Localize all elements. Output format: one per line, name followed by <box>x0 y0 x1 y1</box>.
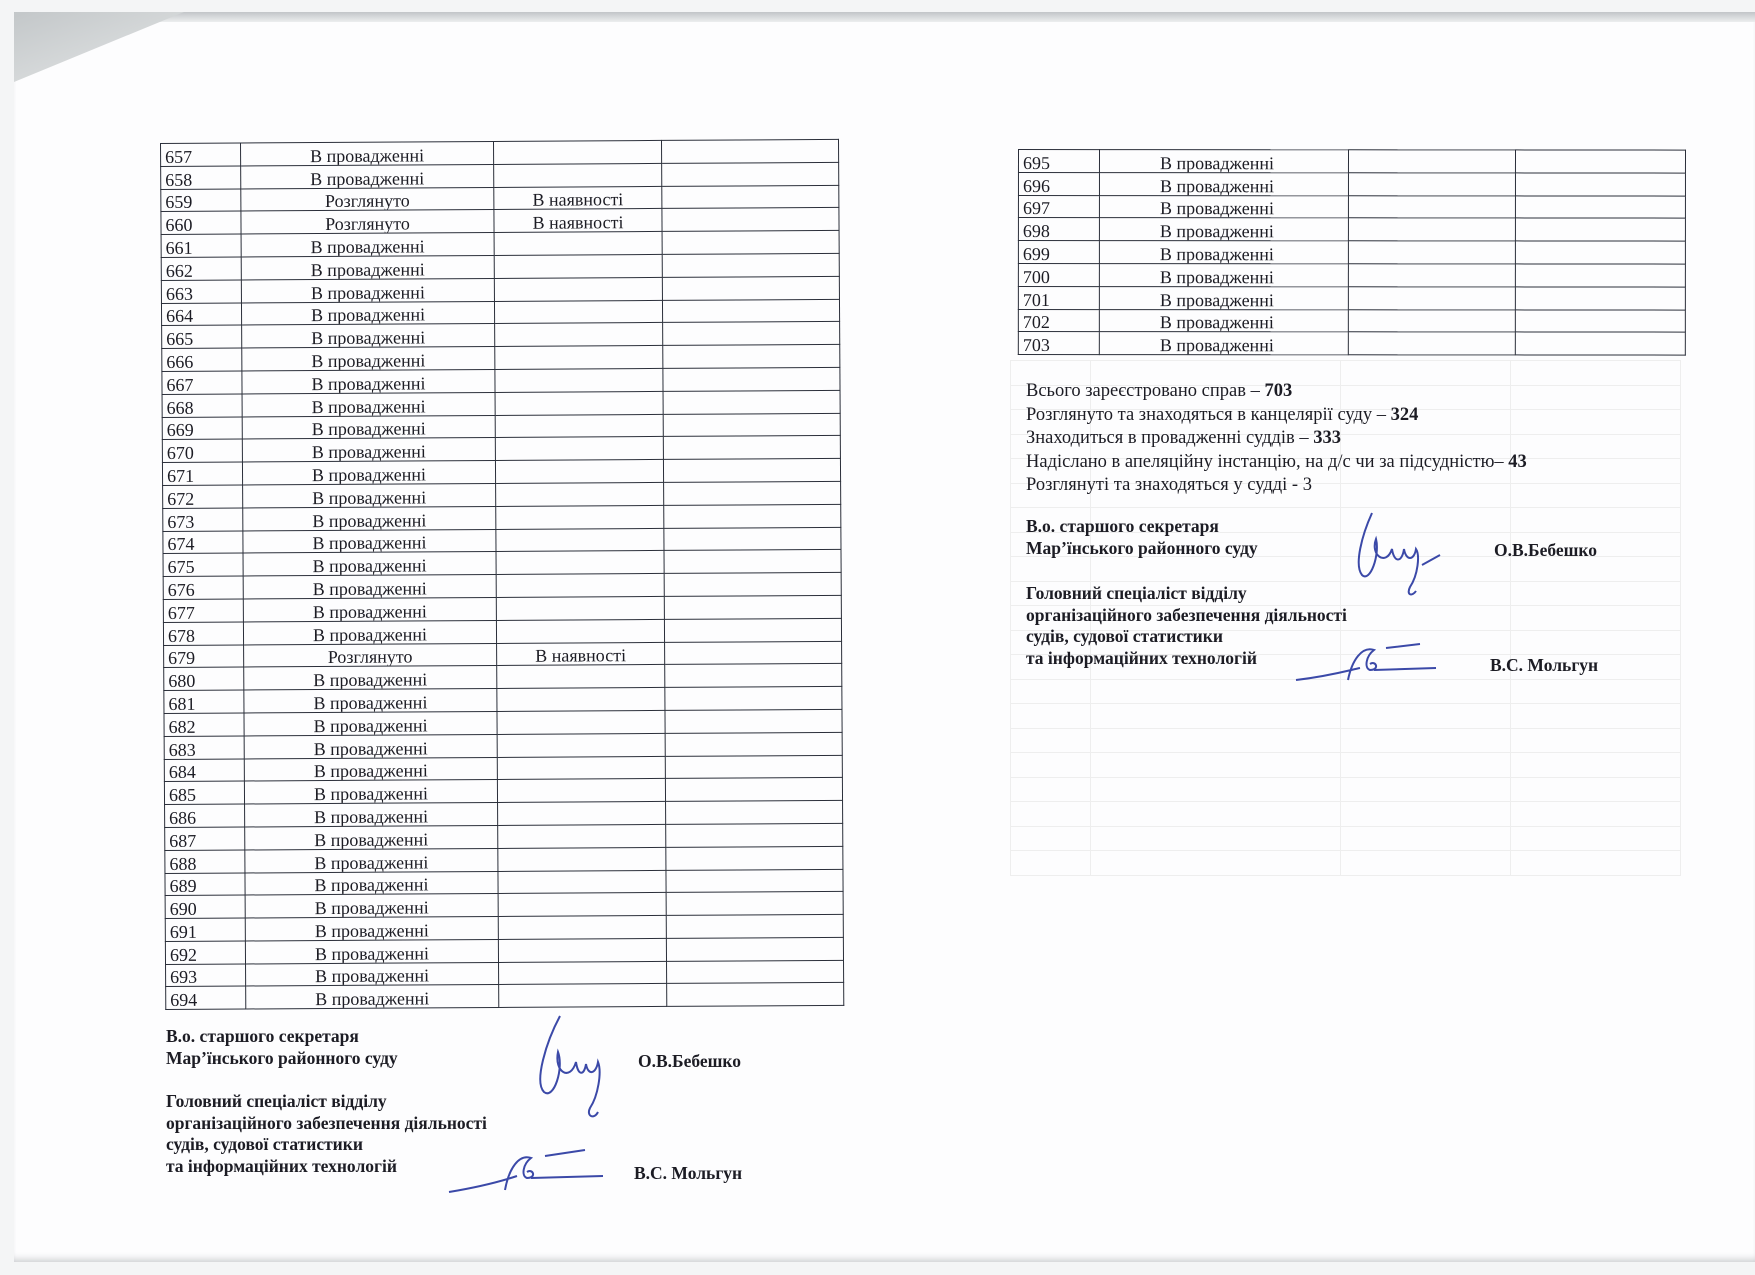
signature-bebeshko-left <box>520 1012 630 1127</box>
case-number-cell: 701 <box>1018 286 1099 309</box>
presence-cell <box>494 277 662 301</box>
case-number-cell: 675 <box>163 553 243 576</box>
presence-cell <box>499 961 667 985</box>
notes-cell <box>663 459 840 483</box>
table-row: 703В провадженні <box>1018 332 1685 355</box>
case-number-cell: 687 <box>165 827 245 850</box>
signature-molgun-left <box>445 1146 615 1196</box>
status-cell: В провадженні <box>243 620 496 644</box>
case-number-cell: 702 <box>1018 309 1099 332</box>
case-number-cell: 663 <box>161 280 241 303</box>
presence-cell <box>497 756 665 780</box>
status-cell: В провадженні <box>245 871 498 895</box>
notes-cell <box>664 572 841 596</box>
notes-cell <box>662 299 839 323</box>
presence-cell <box>1348 309 1515 332</box>
notes-cell <box>1515 241 1685 264</box>
notes-cell <box>662 231 839 255</box>
case-number-cell: 682 <box>164 713 244 736</box>
notes-cell <box>664 527 841 551</box>
case-table-left-body: 657В провадженні658В провадженні659Розгл… <box>161 139 844 1009</box>
status-cell: В провадженні <box>241 233 494 257</box>
status-cell: Розглянуто <box>241 210 494 234</box>
notes-cell <box>663 436 840 460</box>
status-cell: В провадженні <box>1099 286 1348 309</box>
case-number-cell: 679 <box>164 645 244 668</box>
presence-cell <box>495 460 663 484</box>
status-cell: В провадженні <box>242 415 495 439</box>
right-secretary-title: В.о. старшого секретаря Мар’їнського рай… <box>1026 516 1258 559</box>
status-cell: В провадженні <box>245 848 498 872</box>
presence-cell <box>498 824 666 848</box>
notes-cell <box>661 139 838 163</box>
case-number-cell: 661 <box>161 234 241 257</box>
presence-cell <box>498 938 666 962</box>
case-number-cell: 666 <box>162 348 242 371</box>
notes-cell <box>663 390 840 414</box>
status-cell: В провадженні <box>243 597 496 621</box>
presence-cell <box>495 368 663 392</box>
case-summary: Всього зареєстровано справ – 703 Розглян… <box>1026 380 1527 498</box>
notes-cell <box>1515 150 1685 173</box>
case-number-cell: 692 <box>165 941 245 964</box>
status-cell: В провадженні <box>246 962 499 986</box>
signature-bebeshko-right <box>1340 505 1460 605</box>
case-number-cell: 686 <box>165 804 245 827</box>
presence-cell <box>495 391 663 415</box>
case-number-cell: 695 <box>1018 150 1099 173</box>
case-number-cell: 696 <box>1018 172 1099 195</box>
status-cell: В провадженні <box>243 552 496 576</box>
presence-cell <box>1348 241 1515 264</box>
case-number-cell: 688 <box>165 850 245 873</box>
summary-line-sent: Надіслано в апеляційну інстанцію, на д/с… <box>1026 451 1527 475</box>
case-number-cell: 662 <box>161 257 241 280</box>
table-row: 700В провадженні <box>1018 263 1685 286</box>
table-row: 702В провадженні <box>1018 309 1685 332</box>
summary-line-total: Всього зареєстровано справ – 703 <box>1026 380 1527 404</box>
status-cell: В провадженні <box>1099 218 1348 241</box>
case-number-cell: 684 <box>164 759 244 782</box>
notes-cell <box>1515 218 1685 241</box>
presence-cell <box>493 140 661 164</box>
status-cell: В провадженні <box>243 529 496 553</box>
notes-cell <box>662 208 839 232</box>
presence-cell <box>494 163 662 187</box>
status-cell: Розглянуто <box>244 643 497 667</box>
case-number-cell: 693 <box>166 964 246 987</box>
table-row: 697В провадженні <box>1018 195 1685 218</box>
presence-cell: В наявності <box>494 209 662 233</box>
case-number-cell: 668 <box>162 394 242 417</box>
case-number-cell: 673 <box>163 508 243 531</box>
presence-cell <box>498 893 666 917</box>
presence-cell <box>1348 173 1515 196</box>
presence-cell <box>1348 150 1515 173</box>
status-cell: В провадженні <box>242 347 495 371</box>
case-number-cell: 671 <box>162 462 242 485</box>
presence-cell <box>496 619 664 643</box>
status-cell: В провадженні <box>242 369 495 393</box>
notes-cell <box>1515 264 1685 287</box>
presence-cell <box>1348 287 1515 310</box>
case-number-cell: 670 <box>162 439 242 462</box>
notes-cell <box>663 322 840 346</box>
scan-top-shadow <box>14 12 1755 22</box>
notes-cell <box>665 709 842 733</box>
notes-cell <box>662 253 839 277</box>
status-cell: Розглянуто <box>241 187 494 211</box>
notes-cell <box>664 481 841 505</box>
case-number-cell: 699 <box>1018 241 1099 264</box>
status-cell: В провадженні <box>1099 332 1348 355</box>
case-number-cell: 677 <box>163 599 243 622</box>
notes-cell <box>664 550 841 574</box>
case-table-left: 657В провадженні658В провадженні659Розгл… <box>160 139 844 1010</box>
status-cell: В провадженні <box>1099 172 1348 195</box>
case-number-cell: 691 <box>165 918 245 941</box>
notes-cell <box>666 892 843 916</box>
case-number-cell: 690 <box>165 895 245 918</box>
case-number-cell: 669 <box>162 417 242 440</box>
case-number-cell: 672 <box>163 485 243 508</box>
presence-cell <box>496 482 664 506</box>
case-number-cell: 659 <box>161 189 241 212</box>
presence-cell <box>494 232 662 256</box>
notes-cell <box>665 755 842 779</box>
notes-cell <box>1515 196 1685 219</box>
table-row: 694В провадженні <box>166 983 844 1010</box>
status-cell: В провадженні <box>245 894 498 918</box>
presence-cell <box>496 574 664 598</box>
status-cell: В провадженні <box>242 461 495 485</box>
presence-cell <box>1348 332 1515 355</box>
signature-molgun-right <box>1290 640 1450 690</box>
presence-cell <box>498 847 666 871</box>
notes-cell <box>664 504 841 528</box>
presence-cell <box>495 437 663 461</box>
case-number-cell: 703 <box>1018 332 1099 355</box>
presence-cell <box>498 802 666 826</box>
summary-line-in-progress: Знаходиться в провадженні суддів – 333 <box>1026 427 1527 451</box>
status-cell: В провадженні <box>245 917 498 941</box>
notes-cell <box>664 595 841 619</box>
case-number-cell: 700 <box>1018 263 1099 286</box>
left-specialist-title: Головний спеціаліст відділу організаційн… <box>166 1091 487 1177</box>
presence-cell <box>498 916 666 940</box>
case-number-cell: 657 <box>161 143 241 166</box>
case-number-cell: 694 <box>166 986 246 1009</box>
status-cell: В провадженні <box>246 985 499 1009</box>
table-row: 695В провадженні <box>1018 150 1685 173</box>
notes-cell <box>663 413 840 437</box>
status-cell: В провадженні <box>241 301 494 325</box>
case-number-cell: 680 <box>164 667 244 690</box>
status-cell: В провадженні <box>1099 264 1348 287</box>
case-number-cell: 665 <box>162 325 242 348</box>
case-table-right-body: 695В провадженні696В провадженні697В про… <box>1018 150 1685 356</box>
notes-cell <box>662 185 839 209</box>
status-cell: В провадженні <box>1099 195 1348 218</box>
presence-cell <box>496 596 664 620</box>
case-number-cell: 683 <box>164 736 244 759</box>
table-row: 698В провадженні <box>1018 218 1685 241</box>
presence-cell <box>494 300 662 324</box>
notes-cell <box>663 367 840 391</box>
status-cell: В провадженні <box>244 711 497 735</box>
status-cell: В провадженні <box>244 780 497 804</box>
notes-cell <box>665 664 842 688</box>
presence-cell <box>494 254 662 278</box>
presence-cell <box>496 551 664 575</box>
case-number-cell: 689 <box>165 872 245 895</box>
notes-cell <box>666 937 843 961</box>
status-cell: В провадженні <box>1099 241 1348 264</box>
notes-cell <box>1515 332 1685 355</box>
notes-cell <box>664 618 841 642</box>
presence-cell <box>497 665 665 689</box>
notes-cell <box>662 162 839 186</box>
table-row: 699В провадженні <box>1018 241 1685 264</box>
presence-cell <box>1348 195 1515 218</box>
notes-cell <box>666 846 843 870</box>
left-specialist-name: В.С. Мольгун <box>634 1163 742 1184</box>
status-cell: В провадженні <box>244 666 497 690</box>
notes-cell <box>667 983 844 1007</box>
notes-cell <box>665 778 842 802</box>
table-row: 696В провадженні <box>1018 172 1685 195</box>
notes-cell <box>1515 287 1685 310</box>
status-cell: В провадженні <box>242 324 495 348</box>
status-cell: В провадженні <box>245 825 498 849</box>
status-cell: В провадженні <box>1099 150 1348 173</box>
case-number-cell: 658 <box>161 166 241 189</box>
presence-cell <box>497 733 665 757</box>
notes-cell <box>665 732 842 756</box>
status-cell: В провадженні <box>245 939 498 963</box>
presence-cell <box>495 323 663 347</box>
presence-cell <box>497 710 665 734</box>
status-cell: В провадженні <box>1099 309 1348 332</box>
case-number-cell: 674 <box>163 531 243 554</box>
status-cell: В провадженні <box>244 689 497 713</box>
presence-cell <box>499 984 667 1008</box>
status-cell: В провадженні <box>243 483 496 507</box>
notes-cell <box>663 345 840 369</box>
presence-cell <box>1348 264 1515 287</box>
notes-cell <box>666 823 843 847</box>
presence-cell <box>495 346 663 370</box>
notes-cell <box>1515 310 1685 333</box>
case-number-cell: 697 <box>1018 195 1099 218</box>
notes-cell <box>1515 173 1685 196</box>
case-number-cell: 681 <box>164 690 244 713</box>
left-secretary-title: В.о. старшого секретаря Мар’їнського рай… <box>166 1026 398 1069</box>
status-cell: В провадженні <box>242 392 495 416</box>
status-cell: В провадженні <box>241 278 494 302</box>
presence-cell <box>1348 218 1515 241</box>
case-number-cell: 698 <box>1018 218 1099 241</box>
status-cell: В провадженні <box>242 438 495 462</box>
presence-cell <box>498 870 666 894</box>
status-cell: В провадженні <box>241 164 494 188</box>
presence-cell <box>497 779 665 803</box>
case-number-cell: 664 <box>161 303 241 326</box>
status-cell: В провадженні <box>244 734 497 758</box>
status-cell: В провадженні <box>243 575 496 599</box>
case-number-cell: 660 <box>161 211 241 234</box>
status-cell: В провадженні <box>244 757 497 781</box>
presence-cell: В наявності <box>494 186 662 210</box>
status-cell: В провадженні <box>245 803 498 827</box>
summary-line-with-judge: Розглянуті та знаходяться у судді - 3 <box>1026 474 1527 498</box>
status-cell: В провадженні <box>241 141 494 165</box>
notes-cell <box>665 641 842 665</box>
presence-cell <box>496 505 664 529</box>
presence-cell <box>495 414 663 438</box>
case-number-cell: 678 <box>163 622 243 645</box>
presence-cell: В наявності <box>497 642 665 666</box>
status-cell: В провадженні <box>243 506 496 530</box>
notes-cell <box>666 914 843 938</box>
case-number-cell: 685 <box>164 781 244 804</box>
left-secretary-name: О.В.Бебешко <box>638 1051 741 1072</box>
notes-cell <box>666 800 843 824</box>
right-secretary-name: О.В.Бебешко <box>1494 540 1597 561</box>
notes-cell <box>662 276 839 300</box>
notes-cell <box>666 869 843 893</box>
notes-cell <box>667 960 844 984</box>
case-number-cell: 676 <box>163 576 243 599</box>
presence-cell <box>496 528 664 552</box>
case-table-right: 695В провадженні696В провадженні697В про… <box>1018 149 1686 356</box>
table-row: 701В провадженні <box>1018 286 1685 309</box>
summary-line-reviewed: Розглянуто та знаходяться в канцелярії с… <box>1026 404 1527 428</box>
presence-cell <box>497 688 665 712</box>
right-specialist-name: В.С. Мольгун <box>1490 655 1598 676</box>
case-number-cell: 667 <box>162 371 242 394</box>
notes-cell <box>665 686 842 710</box>
status-cell: В провадженні <box>241 255 494 279</box>
